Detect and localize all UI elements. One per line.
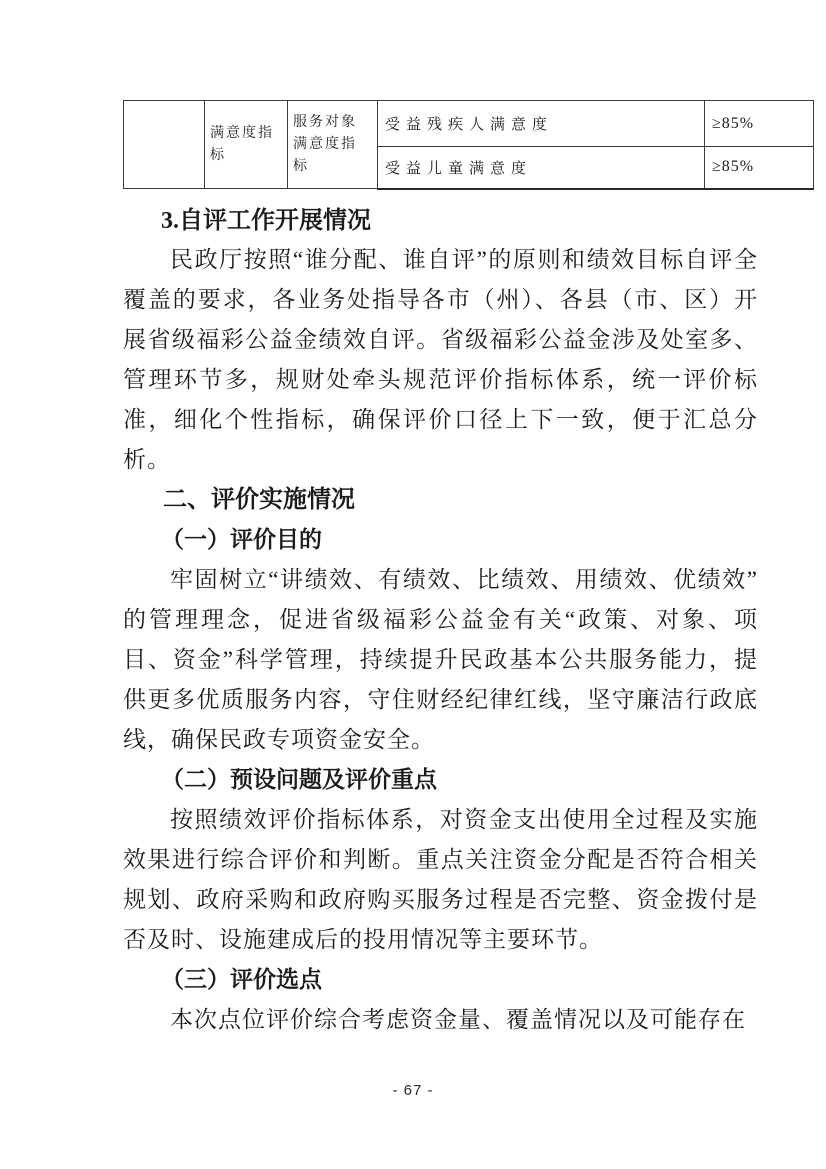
table-cell-category-empty — [124, 101, 205, 189]
indicator-table: 满意度指标 服务对象满意度指标 受益残疾人满意度 ≥85% 受益儿童满意度 ≥8… — [123, 100, 814, 190]
document-page: 满意度指标 服务对象满意度指标 受益残疾人满意度 ≥85% 受益儿童满意度 ≥8… — [0, 0, 826, 1169]
paragraph-self-evaluation: 民政厅按照“谁分配、谁自评”的原则和绩效目标自评全覆盖的要求，各业务处指导各市（… — [123, 240, 758, 480]
table-cell-target: ≥85% — [705, 101, 814, 147]
table-row: 满意度指标 服务对象满意度指标 受益残疾人满意度 ≥85% — [124, 101, 814, 147]
paragraph-preset-questions: 按照绩效评价指标体系，对资金支出使用全过程及实施效果进行综合评价和判断。重点关注… — [123, 800, 758, 960]
table-cell-group-label: 满意度指标 — [205, 101, 288, 189]
table-cell-indicator: 受益儿童满意度 — [378, 147, 705, 189]
section-heading-evaluation-implementation: 二、评价实施情况 — [123, 480, 758, 520]
page-number: - 67 - — [0, 1082, 826, 1099]
paragraph-evaluation-purpose: 牢固树立“讲绩效、有绩效、比绩效、用绩效、优绩效”的管理理念，促进省级福彩公益金… — [123, 560, 758, 760]
table-cell-subgroup-label: 服务对象满意度指标 — [288, 101, 378, 189]
subsection-heading-evaluation-purpose: （一）评价目的 — [123, 520, 758, 560]
subsection-heading-site-selection: （三）评价选点 — [123, 960, 758, 1000]
paragraph-site-selection: 本次点位评价综合考虑资金量、覆盖情况以及可能存在 — [123, 1000, 758, 1040]
heading-self-evaluation-status: 3.自评工作开展情况 — [123, 204, 758, 238]
table-cell-indicator: 受益残疾人满意度 — [378, 101, 705, 147]
table-cell-target: ≥85% — [705, 147, 814, 189]
content-area: 满意度指标 服务对象满意度指标 受益残疾人满意度 ≥85% 受益儿童满意度 ≥8… — [123, 100, 758, 1040]
subsection-heading-preset-questions: （二）预设问题及评价重点 — [123, 760, 758, 800]
